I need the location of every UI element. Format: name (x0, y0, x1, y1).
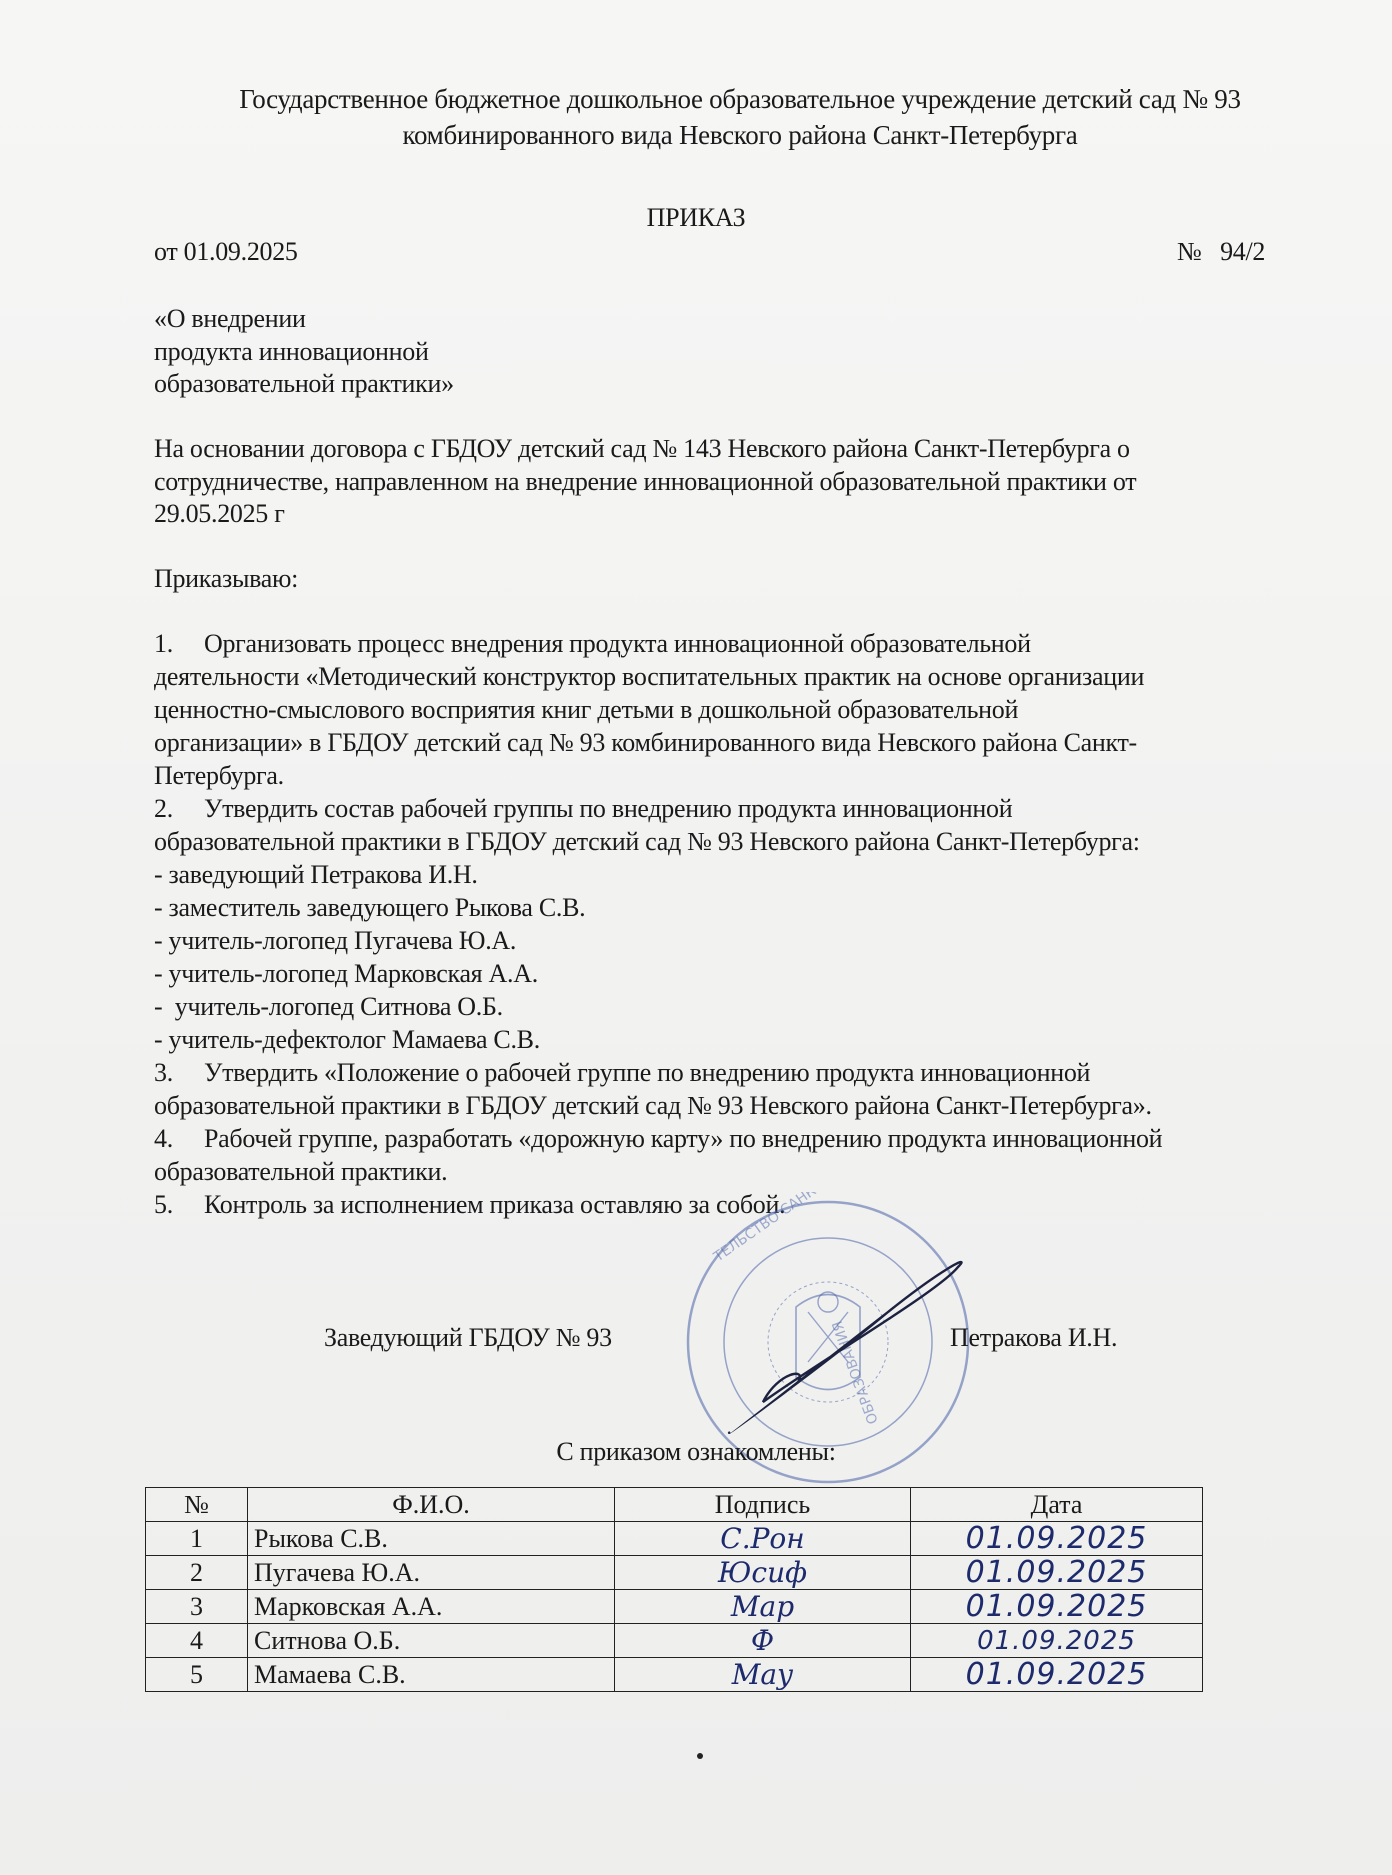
row-date: 01.09.2025 (911, 1624, 1203, 1658)
item-3-number: 3. (154, 1057, 204, 1089)
item-4-number: 4. (154, 1123, 204, 1155)
item-4-cont-1: образовательной практики. (154, 1156, 447, 1188)
basis-line-1: На основании договора с ГБДОУ детский са… (154, 433, 1130, 465)
subject-line-3: образовательной практики» (154, 368, 454, 400)
item-1-cont-1: деятельности «Методический конструктор в… (154, 661, 1144, 693)
item-4: 4.Рабочей группе, разработать «дорожную … (154, 1123, 1162, 1155)
row-name: Мамаева С.В. (248, 1658, 615, 1692)
row-date: 01.09.2025 (911, 1658, 1203, 1692)
member-6: - учитель-дефектолог Мамаева С.В. (154, 1024, 540, 1056)
item-2: 2.Утвердить состав рабочей группы по вне… (154, 793, 1012, 825)
row-signature: Мар (615, 1590, 911, 1624)
row-date: 01.09.2025 (911, 1556, 1203, 1590)
signatory-name: Петракова И.Н. (950, 1322, 1117, 1354)
item-1-number: 1. (154, 628, 204, 660)
item-3-text: Утвердить «Положение о рабочей группе по… (204, 1058, 1090, 1087)
institution-header-line2: комбинированного вида Невского района Са… (140, 117, 1340, 153)
institution-header-line1: Государственное бюджетное дошкольное обр… (140, 81, 1340, 117)
table-row: 3 Марковская А.А. Мар 01.09.2025 (146, 1590, 1203, 1624)
member-5: - учитель-логопед Ситнова О.Б. (154, 991, 503, 1023)
acknowledgement-title: С приказом ознакомлены: (0, 1436, 1392, 1468)
column-header-number: № (146, 1488, 248, 1522)
order-number: № 94/2 (1177, 236, 1265, 268)
row-name: Марковская А.А. (248, 1590, 615, 1624)
row-number: 1 (146, 1522, 248, 1556)
row-number: 3 (146, 1590, 248, 1624)
directive: Приказываю: (154, 563, 298, 595)
row-number: 2 (146, 1556, 248, 1590)
row-name: Ситнова О.Б. (248, 1624, 615, 1658)
member-2: - заместитель заведующего Рыкова С.В. (154, 892, 585, 924)
item-2-cont-1: образовательной практики в ГБДОУ детский… (154, 826, 1140, 858)
row-number: 5 (146, 1658, 248, 1692)
column-header-name: Ф.И.О. (248, 1488, 615, 1522)
signatory-position: Заведующий ГБДОУ № 93 (324, 1322, 612, 1354)
item-3: 3.Утвердить «Положение о рабочей группе … (154, 1057, 1090, 1089)
order-date: от 01.09.2025 (154, 236, 298, 268)
basis-line-2: сотрудничестве, направленном на внедрени… (154, 466, 1136, 498)
item-1-text: Организовать процесс внедрения продукта … (204, 629, 1031, 658)
subject-line-1: «О внедрении (154, 303, 306, 335)
table-row: 4 Ситнова О.Б. Ф 01.09.2025 (146, 1624, 1203, 1658)
row-signature: С.Рон (615, 1522, 911, 1556)
table-header-row: № Ф.И.О. Подпись Дата (146, 1488, 1203, 1522)
table-row: 5 Мамаева С.В. Мау 01.09.2025 (146, 1658, 1203, 1692)
row-date: 01.09.2025 (911, 1590, 1203, 1624)
item-4-text: Рабочей группе, разработать «дорожную ка… (204, 1124, 1162, 1153)
item-1: 1.Организовать процесс внедрения продукт… (154, 628, 1031, 660)
row-signature: Мау (615, 1658, 911, 1692)
member-1: - заведующий Петракова И.Н. (154, 859, 478, 891)
row-number: 4 (146, 1624, 248, 1658)
director-signature-stroke (729, 1262, 961, 1433)
item-2-text: Утвердить состав рабочей группы по внедр… (204, 794, 1012, 823)
item-5-number: 5. (154, 1189, 204, 1221)
item-1-cont-2: ценностно-смыслового восприятия книг дет… (154, 694, 1018, 726)
row-signature: Юсиф (615, 1556, 911, 1590)
item-2-number: 2. (154, 793, 204, 825)
table-row: 2 Пугачева Ю.А. Юсиф 01.09.2025 (146, 1556, 1203, 1590)
basis-line-3: 29.05.2025 г (154, 498, 285, 530)
acknowledgement-table: № Ф.И.О. Подпись Дата 1 Рыкова С.В. С.Ро… (145, 1487, 1203, 1692)
column-header-date: Дата (911, 1488, 1203, 1522)
document-page: Государственное бюджетное дошкольное обр… (0, 0, 1392, 1875)
row-date: 01.09.2025 (911, 1522, 1203, 1556)
svg-text:ОБРАЗОВАНИЯ: ОБРАЗОВАНИЯ (830, 1319, 882, 1426)
ink-dot (697, 1753, 703, 1759)
item-3-cont-1: образовательной практики в ГБДОУ детский… (154, 1090, 1152, 1122)
column-header-signature: Подпись (615, 1488, 911, 1522)
row-name: Рыкова С.В. (248, 1522, 615, 1556)
order-title: ПРИКАЗ (0, 202, 1392, 234)
row-name: Пугачева Ю.А. (248, 1556, 615, 1590)
subject-line-2: продукта инновационной (154, 336, 429, 368)
member-4: - учитель-логопед Марковская А.А. (154, 958, 538, 990)
item-1-cont-3: организации» в ГБДОУ детский сад № 93 ко… (154, 727, 1137, 759)
institution-header: Государственное бюджетное дошкольное обр… (140, 81, 1340, 153)
row-signature: Ф (615, 1624, 911, 1658)
member-3: - учитель-логопед Пугачева Ю.А. (154, 925, 516, 957)
item-1-cont-4: Петербурга. (154, 760, 284, 792)
table-row: 1 Рыкова С.В. С.Рон 01.09.2025 (146, 1522, 1203, 1556)
